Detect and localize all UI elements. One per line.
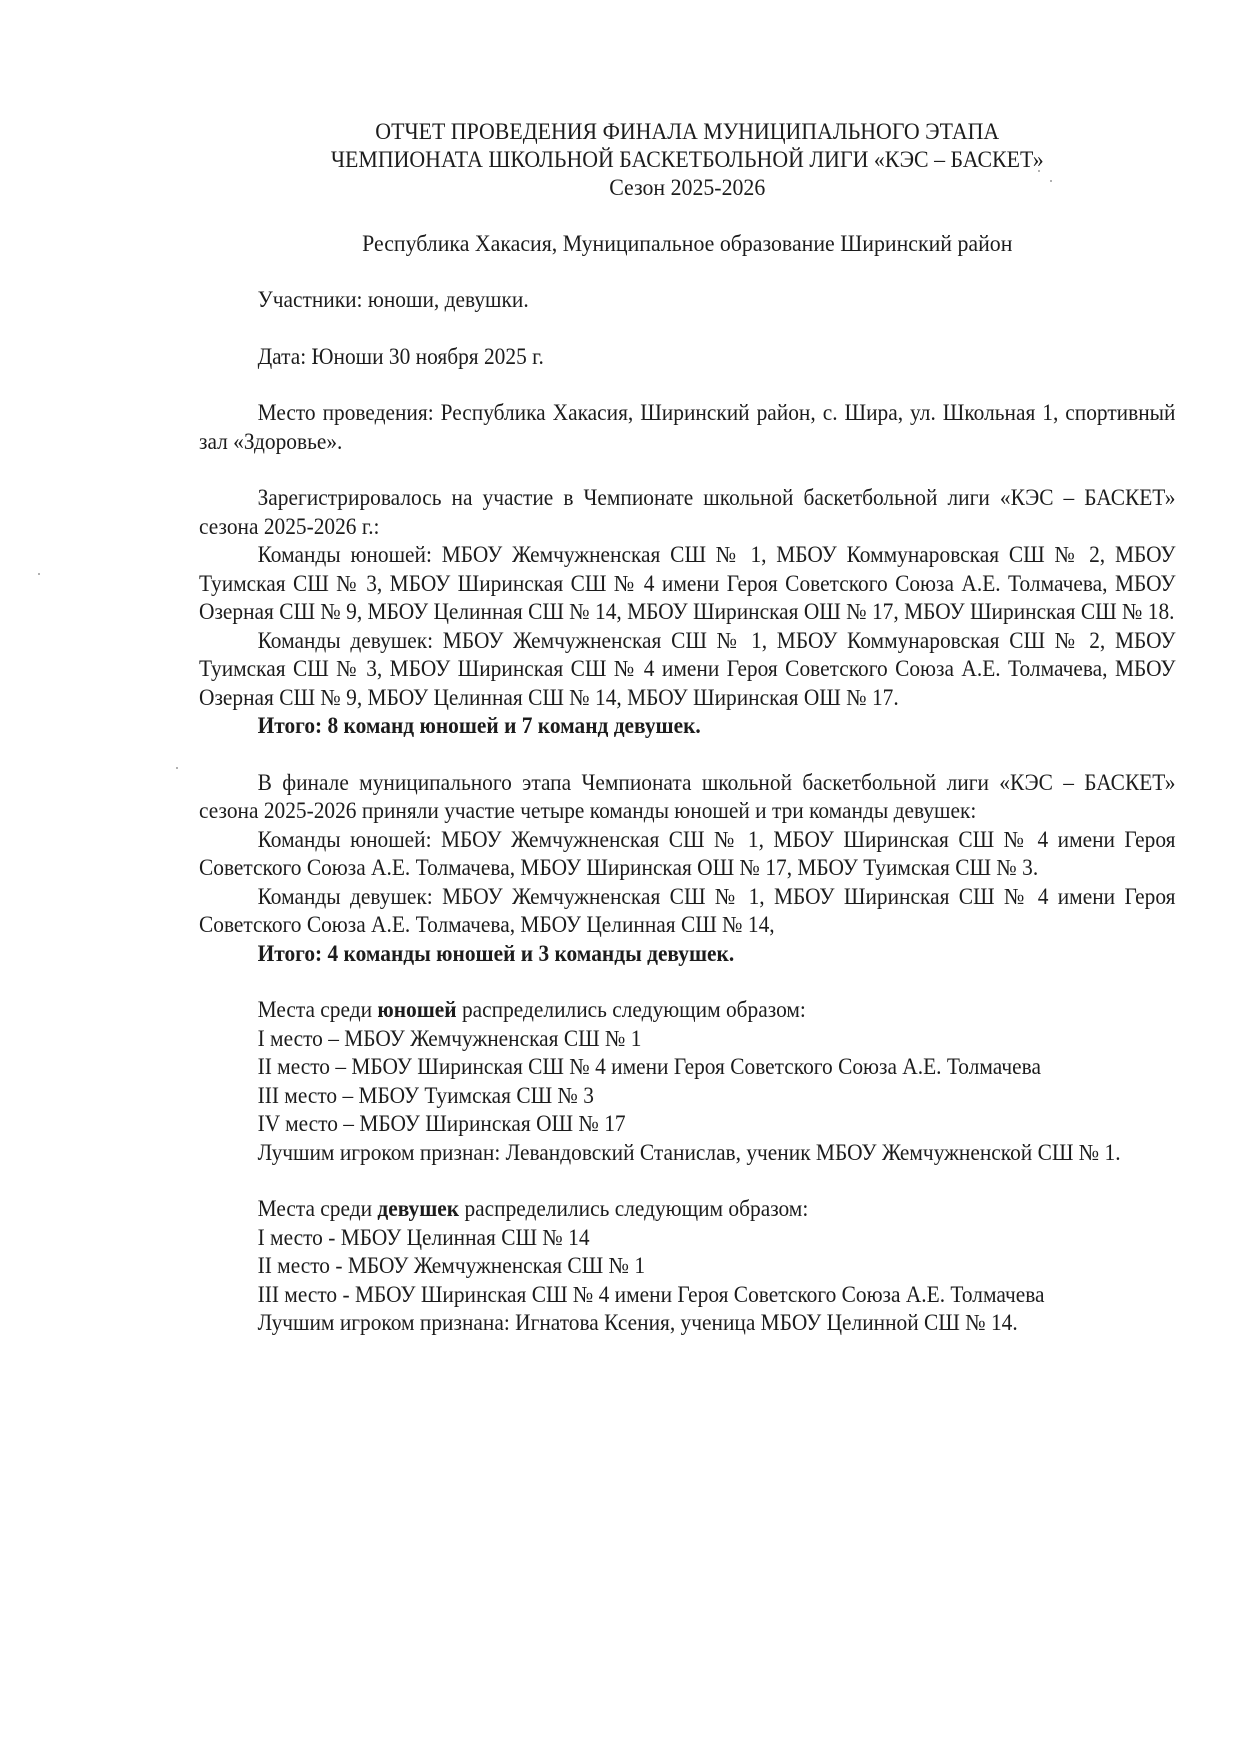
boys-results-heading: Места среди юношей распределились следую… (199, 996, 1176, 1025)
girls-place-1: I место - МБОУ Целинная СШ № 14 (199, 1224, 1176, 1253)
heading-bold-text: юношей (377, 997, 456, 1022)
region-line: Республика Хакасия, Муниципальное образо… (199, 230, 1176, 258)
scan-speck (1038, 170, 1040, 172)
boys-place-4: IV место – МБОУ Ширинская ОШ № 17 (199, 1110, 1176, 1139)
registered-boys-teams: Команды юношей: МБОУ Жемчужненская СШ № … (199, 541, 1176, 627)
heading-text: распределились следующим образом: (459, 1196, 808, 1221)
document-title: ОТЧЕТ ПРОВЕДЕНИЯ ФИНАЛА МУНИЦИПАЛЬНОГО Э… (199, 118, 1176, 202)
final-section: В финале муниципального этапа Чемпионата… (199, 769, 1176, 969)
girls-results-heading: Места среди девушек распределились следу… (199, 1195, 1176, 1224)
participants-line: Участники: юноши, девушки. (199, 286, 1176, 315)
final-girls-teams: Команды девушек: МБОУ Жемчужненская СШ №… (199, 883, 1176, 940)
registered-girls-teams: Команды девушек: МБОУ Жемчужненская СШ №… (199, 627, 1176, 713)
venue-paragraph: Место проведения: Республика Хакасия, Ши… (199, 399, 1176, 456)
registered-section: Зарегистрировалось на участие в Чемпиона… (199, 484, 1176, 741)
boys-place-3: III место – МБОУ Туимская СШ № 3 (199, 1082, 1176, 1111)
final-intro: В финале муниципального этапа Чемпионата… (199, 769, 1176, 826)
scan-speck (38, 573, 40, 575)
title-season: Сезон 2025-2026 (199, 174, 1176, 202)
title-line-2: ЧЕМПИОНАТА ШКОЛЬНОЙ БАСКЕТБОЛЬНОЙ ЛИГИ «… (199, 146, 1176, 174)
scan-speck (1050, 180, 1052, 182)
registered-intro: Зарегистрировалось на участие в Чемпиона… (199, 484, 1176, 541)
final-total: Итого: 4 команды юношей и 3 команды деву… (199, 940, 1176, 969)
registered-total: Итого: 8 команд юношей и 7 команд девуше… (199, 712, 1176, 741)
girls-results-section: Места среди девушек распределились следу… (199, 1195, 1176, 1338)
scan-speck (176, 767, 178, 769)
heading-text: распределились следующим образом: (457, 997, 806, 1022)
final-total-text: Итого: 4 команды юношей и 3 команды деву… (258, 941, 735, 966)
boys-best-player: Лучшим игроком признан: Левандовский Ста… (199, 1139, 1176, 1168)
final-boys-teams: Команды юношей: МБОУ Жемчужненская СШ № … (199, 826, 1176, 883)
registered-total-text: Итого: 8 команд юношей и 7 команд девуше… (258, 713, 701, 738)
date-line: Дата: Юноши 30 ноября 2025 г. (199, 343, 1176, 372)
boys-results-section: Места среди юношей распределились следую… (199, 996, 1176, 1167)
title-line-1: ОТЧЕТ ПРОВЕДЕНИЯ ФИНАЛА МУНИЦИПАЛЬНОГО Э… (199, 118, 1176, 146)
heading-bold-text: девушек (377, 1196, 459, 1221)
document-page: ОТЧЕТ ПРОВЕДЕНИЯ ФИНАЛА МУНИЦИПАЛЬНОГО Э… (199, 118, 1108, 1338)
heading-text: Места среди (258, 1196, 378, 1221)
girls-place-2: II место - МБОУ Жемчужненская СШ № 1 (199, 1252, 1176, 1281)
heading-text: Места среди (258, 997, 378, 1022)
girls-best-player: Лучшим игроком признана: Игнатова Ксения… (199, 1309, 1176, 1338)
girls-place-3: III место - МБОУ Ширинская СШ № 4 имени … (199, 1281, 1176, 1310)
boys-place-2: II место – МБОУ Ширинская СШ № 4 имени Г… (199, 1053, 1176, 1082)
boys-place-1: I место – МБОУ Жемчужненская СШ № 1 (199, 1025, 1176, 1054)
